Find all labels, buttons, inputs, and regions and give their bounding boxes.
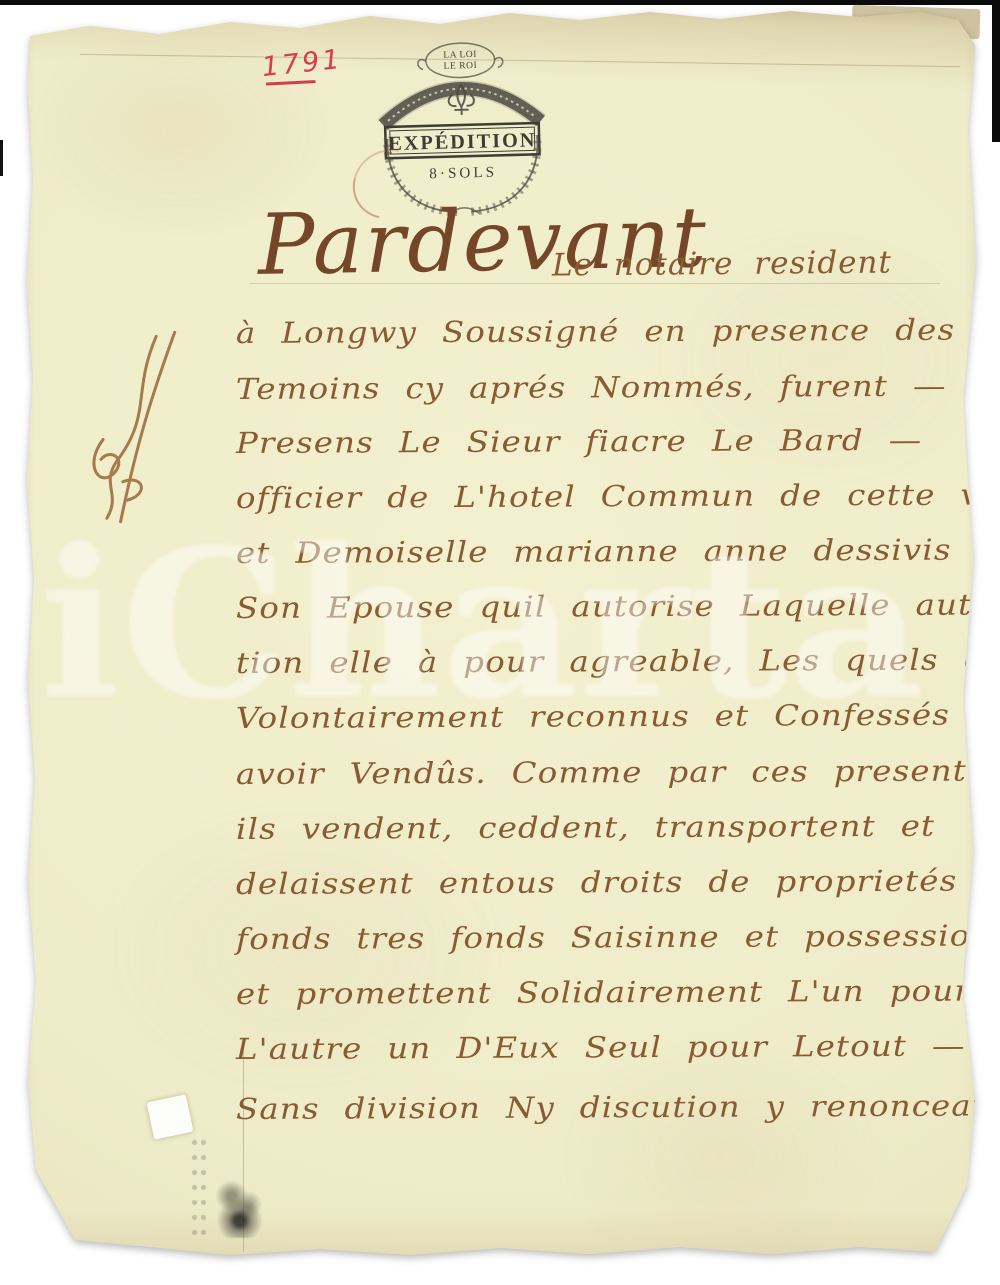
manuscript-line: officier de L'hotel Commun de cette vill…	[236, 477, 1000, 515]
ink-speckle-streak	[190, 1138, 210, 1240]
manuscript-line: et promettent Solidairement L'un pour	[236, 974, 971, 1011]
manuscript-line: Temoins cy aprés Nommés, furent —	[236, 369, 947, 406]
stamp-motto-le-roi: LE ROI	[443, 60, 477, 72]
manuscript-line: Volontairement reconnus et Confessés —	[236, 697, 1000, 735]
year-annotation: 1791	[260, 44, 344, 87]
margin-paraph-signature	[57, 316, 199, 547]
stamp-denomination: 8·SOLS	[429, 164, 497, 183]
manuscript-line: delaissent entous droits de proprietés	[236, 864, 958, 901]
manuscript-line: ils vendent, ceddent, transportent et	[236, 809, 935, 846]
manuscript-opening-rest: Le notaire resident	[552, 245, 892, 284]
manuscript-line: Son Epouse quil autorise Laquelle autori…	[236, 587, 1000, 625]
manuscript-line: et Demoiselle marianne anne dessivis —	[236, 532, 1000, 570]
manuscript-line: tion elle à pour agreable, Les quels ont	[236, 642, 1000, 680]
ink-blot	[210, 1180, 264, 1238]
document-scan: LA LOI LE ROI EXPÉDITION 8·SOLS	[0, 0, 1000, 1285]
paper-repair-patch	[146, 1094, 193, 1139]
stamp-motto-la-loi: LA LOI	[443, 49, 477, 61]
manuscript-line: avoir Vendûs. Comme par ces presentes	[236, 753, 1000, 791]
manuscript-line: Presens Le Sieur fiacre Le Bard —	[236, 423, 922, 460]
paper-sheet: LA LOI LE ROI EXPÉDITION 8·SOLS	[0, 0, 1000, 1285]
manuscript-line: Sans division Ny discution y renonceans	[236, 1088, 1000, 1126]
stamp-title: EXPÉDITION	[388, 128, 537, 155]
manuscript-line: L'autre un D'Eux Seul pour Letout —	[236, 1029, 966, 1066]
manuscript-line: fonds tres fonds Saisinne et possession	[236, 918, 993, 956]
manuscript-line: à Longwy Soussigné en presence des	[236, 313, 955, 350]
year-annotation-text: 1791	[260, 44, 344, 83]
